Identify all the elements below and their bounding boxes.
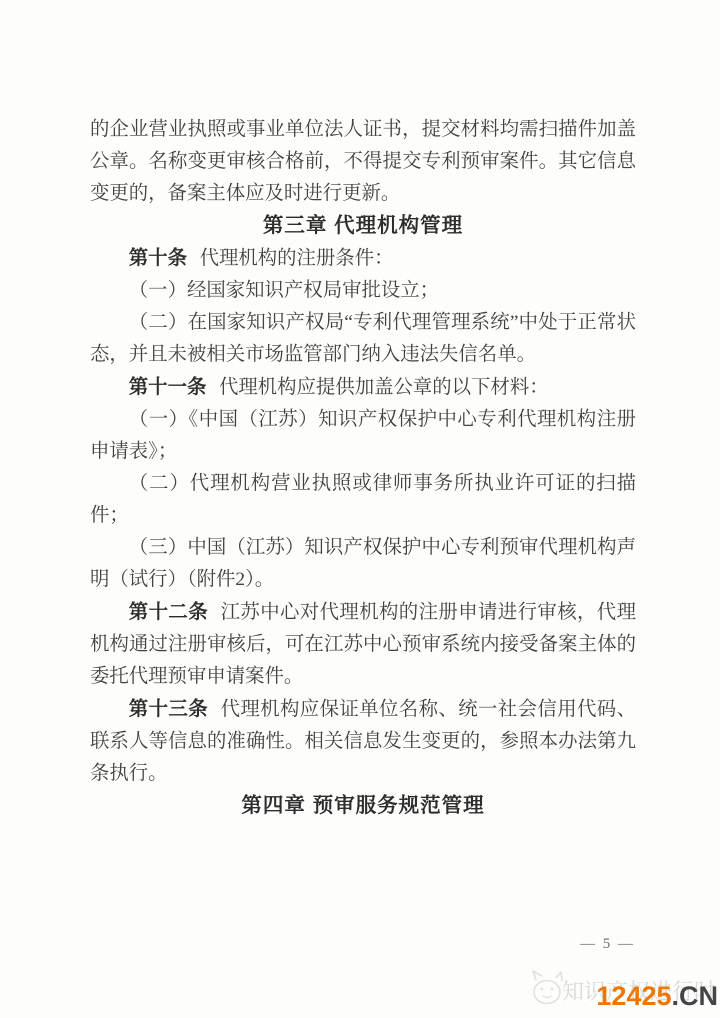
article-11-item-3: （三）中国（江苏）知识产权保护中心专利预审代理机构声明（试行）（附件2）。 (90, 532, 636, 596)
chapter-3-heading: 第三章 代理机构管理 (90, 210, 636, 242)
article-10-item-2: （二）在国家知识产权局“专利代理管理系统”中处于正常状态，并且未被相关市场监管部… (90, 307, 636, 371)
watermark-domain-suffix: .CN (672, 981, 719, 1011)
paragraph-continuation: 的企业营业执照或事业单位法人证书，提交材料均需扫描件加盖公章。名称变更审核合格前… (90, 114, 636, 210)
article-10-paragraph: 第十条代理机构的注册条件： (90, 242, 636, 275)
article-11-label: 第十一条 (129, 376, 207, 398)
article-11-paragraph: 第十一条代理机构应提供加盖公章的以下材料： (90, 371, 636, 404)
document-body: 的企业营业执照或事业单位法人证书，提交材料均需扫描件加盖公章。名称变更审核合格前… (90, 114, 636, 822)
article-11-text: 代理机构应提供加盖公章的以下材料： (219, 377, 549, 398)
article-11-item-1: （一）《中国（江苏）知识产权保护中心专利代理机构注册申请表》； (90, 404, 636, 468)
cat-face-icon (530, 968, 564, 1015)
article-10-item-1: （一）经国家知识产权局审批设立； (90, 275, 636, 307)
watermark-domain: 12425.CN (596, 983, 718, 1010)
article-10-label: 第十条 (129, 247, 187, 269)
article-11-item-2: （二）代理机构营业执照或律师事务所执业许可证的扫描件； (90, 468, 636, 532)
article-12-label: 第十二条 (129, 601, 208, 623)
article-12-paragraph: 第十二条江苏中心对代理机构的注册申请进行审核，代理机构通过注册审核后，可在江苏中… (90, 596, 636, 693)
watermark-domain-number: 12425 (596, 981, 671, 1011)
article-10-text: 代理机构的注册条件： (200, 248, 394, 269)
site-watermark: 知识产权进行时 12425.CN (528, 966, 720, 1016)
article-13-paragraph: 第十三条代理机构应保证单位名称、统一社会信用代码、联系人等信息的准确性。相关信息… (90, 693, 636, 790)
page-number: — 5 — (580, 936, 635, 953)
chapter-4-heading: 第四章 预审服务规范管理 (90, 790, 636, 822)
article-13-label: 第十三条 (129, 698, 208, 720)
document-page: 的企业营业执照或事业单位法人证书，提交材料均需扫描件加盖公章。名称变更审核合格前… (0, 0, 720, 1018)
